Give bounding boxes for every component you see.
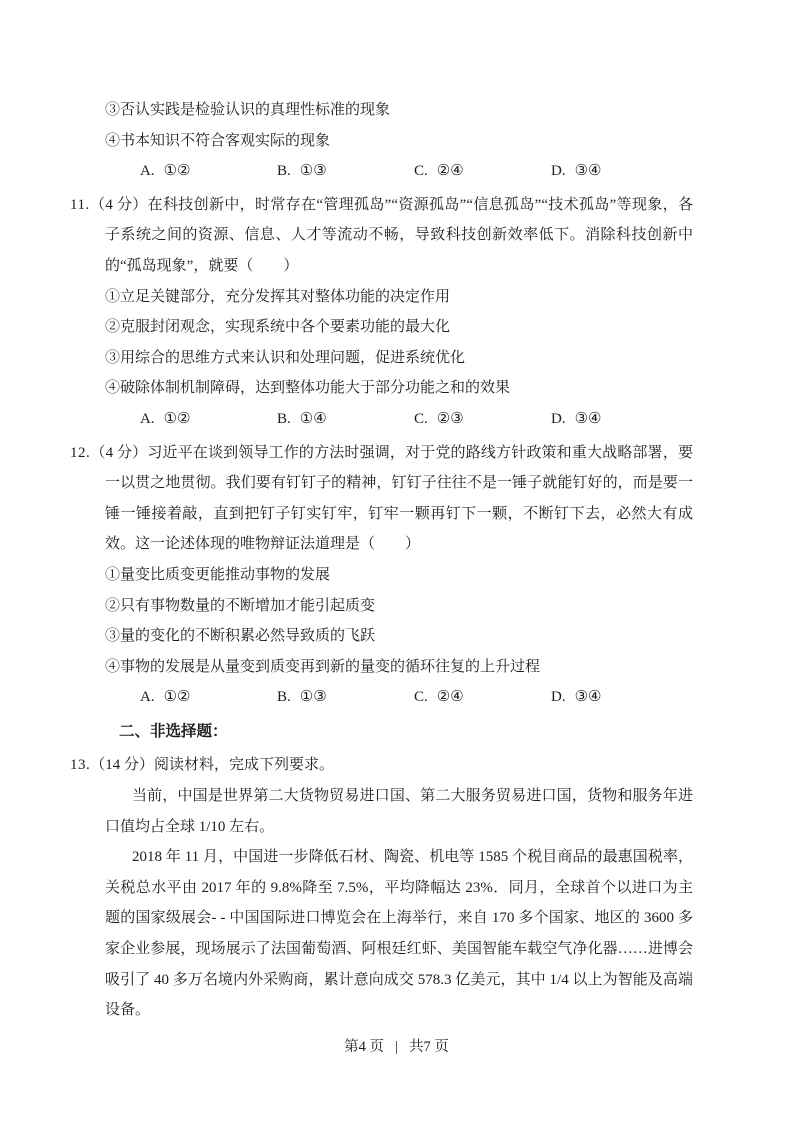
- exam-content: ③否认实践是检验认识的真理性标准的现象 ④书本知识不符合客观实际的现象 A.①②…: [105, 95, 693, 1026]
- q13-stem-text: 阅读材料，完成下列要求。: [154, 757, 334, 773]
- q10-option-3: ③否认实践是检验认识的真理性标准的现象: [105, 95, 693, 126]
- choice-label: D.: [551, 404, 566, 435]
- q11-choice-a: A.①②: [140, 404, 277, 435]
- q10-choice-d: D.③④: [551, 156, 602, 187]
- q12-option-2: ②只有事物数量的不断增加才能引起质变: [105, 591, 693, 622]
- footer-total-pages: 共7 页: [409, 1039, 449, 1055]
- q12-stem: 12.（4 分）习近平在谈到领导工作的方法时强调，对于党的路线方针政策和重大战略…: [105, 438, 693, 560]
- choice-numbers: ①④: [300, 411, 327, 427]
- q11-option-4: ④破除体制机制障碍，达到整体功能大于部分功能之和的效果: [105, 373, 693, 404]
- q11-choices-row: A.①② B.①④ C.②③ D.③④: [140, 404, 693, 435]
- q10-option-4: ④书本知识不符合客观实际的现象: [105, 126, 693, 157]
- q11-choice-b: B.①④: [277, 404, 414, 435]
- section-2-heading: 二、非选择题：: [119, 717, 693, 748]
- q11-stem: 11.（4 分）在科技创新中，时常存在“管理孤岛”“资源孤岛”“信息孤岛”“技术…: [105, 190, 693, 282]
- q12-score: （4 分）: [90, 445, 147, 461]
- q13-material-paragraph-2: 2018 年 11 月，中国进一步降低石材、陶瓷、机电等 1585 个税目商品的…: [105, 842, 693, 1026]
- q13-number: 13.: [70, 757, 90, 773]
- q12-option-4: ④事物的发展是从量变到质变再到新的量变的循环往复的上升过程: [105, 652, 693, 683]
- choice-numbers: ②④: [437, 689, 464, 705]
- q11-choice-c: C.②③: [414, 404, 551, 435]
- choice-numbers: ①②: [164, 689, 191, 705]
- q12-option-3: ③量的变化的不断积累必然导致质的飞跃: [105, 621, 693, 652]
- q11-option-3: ③用综合的思维方式来认识和处理问题，促进系统优化: [105, 343, 693, 374]
- choice-numbers: ①②: [164, 163, 191, 179]
- choice-numbers: ①②: [164, 411, 191, 427]
- q13-score: （14 分）: [90, 757, 154, 773]
- q11-option-1: ①立足关键部分，充分发挥其对整体功能的决定作用: [105, 282, 693, 313]
- q10-choice-b: B.①③: [277, 156, 414, 187]
- exam-paper-page: ③否认实践是检验认识的真理性标准的现象 ④书本知识不符合客观实际的现象 A.①②…: [0, 0, 793, 1122]
- choice-numbers: ③④: [575, 163, 602, 179]
- q12-choices-row: A.①② B.①③ C.②④ D.③④: [140, 682, 693, 713]
- q12-stem-text: 习近平在谈到领导工作的方法时强调，对于党的路线方针政策和重大战略部署，要一以贯之…: [105, 445, 693, 553]
- choice-label: C.: [414, 156, 428, 187]
- q12-number: 12.: [70, 445, 90, 461]
- q11-score: （4 分）: [90, 197, 148, 213]
- footer-current-page: 第4 页: [344, 1039, 384, 1055]
- choice-label: C.: [414, 682, 428, 713]
- q13-material-paragraph-1: 当前，中国是世界第二大货物贸易进口国、第二大服务贸易进口国，货物和服务年进口值均…: [105, 781, 693, 842]
- q11-choice-d: D.③④: [551, 404, 602, 435]
- choice-label: A.: [140, 682, 155, 713]
- question-13: 13.（14 分）阅读材料，完成下列要求。 当前，中国是世界第二大货物贸易进口国…: [105, 750, 693, 1025]
- q11-number: 11.: [70, 197, 90, 213]
- choice-numbers: ③④: [575, 411, 602, 427]
- choice-numbers: ②③: [437, 411, 464, 427]
- q10-choice-c: C.②④: [414, 156, 551, 187]
- q12-choice-d: D.③④: [551, 682, 602, 713]
- choice-label: A.: [140, 156, 155, 187]
- choice-label: A.: [140, 404, 155, 435]
- choice-numbers: ③④: [575, 689, 602, 705]
- q12-choice-b: B.①③: [277, 682, 414, 713]
- choice-numbers: ②④: [437, 163, 464, 179]
- page-footer: 第4 页|共7 页: [0, 1032, 793, 1063]
- question-12: 12.（4 分）习近平在谈到领导工作的方法时强调，对于党的路线方针政策和重大战略…: [105, 438, 693, 713]
- choice-numbers: ①③: [300, 689, 327, 705]
- choice-label: B.: [277, 682, 291, 713]
- question-11: 11.（4 分）在科技创新中，时常存在“管理孤岛”“资源孤岛”“信息孤岛”“技术…: [105, 190, 693, 435]
- q12-choice-a: A.①②: [140, 682, 277, 713]
- choice-label: B.: [277, 156, 291, 187]
- q11-option-2: ②克服封闭观念，实现系统中各个要素功能的最大化: [105, 312, 693, 343]
- choice-label: C.: [414, 404, 428, 435]
- choice-label: B.: [277, 404, 291, 435]
- footer-separator: |: [395, 1039, 398, 1055]
- question-10-partial: ③否认实践是检验认识的真理性标准的现象 ④书本知识不符合客观实际的现象 A.①②…: [105, 95, 693, 187]
- q12-choice-c: C.②④: [414, 682, 551, 713]
- choice-label: D.: [551, 682, 566, 713]
- q10-choice-a: A.①②: [140, 156, 277, 187]
- choice-numbers: ①③: [300, 163, 327, 179]
- q10-choices-row: A.①② B.①③ C.②④ D.③④: [140, 156, 693, 187]
- choice-label: D.: [551, 156, 566, 187]
- q12-option-1: ①量变比质变更能推动事物的发展: [105, 560, 693, 591]
- q11-stem-text: 在科技创新中，时常存在“管理孤岛”“资源孤岛”“信息孤岛”“技术孤岛”等现象，各…: [105, 197, 693, 274]
- q13-stem: 13.（14 分）阅读材料，完成下列要求。: [105, 750, 693, 781]
